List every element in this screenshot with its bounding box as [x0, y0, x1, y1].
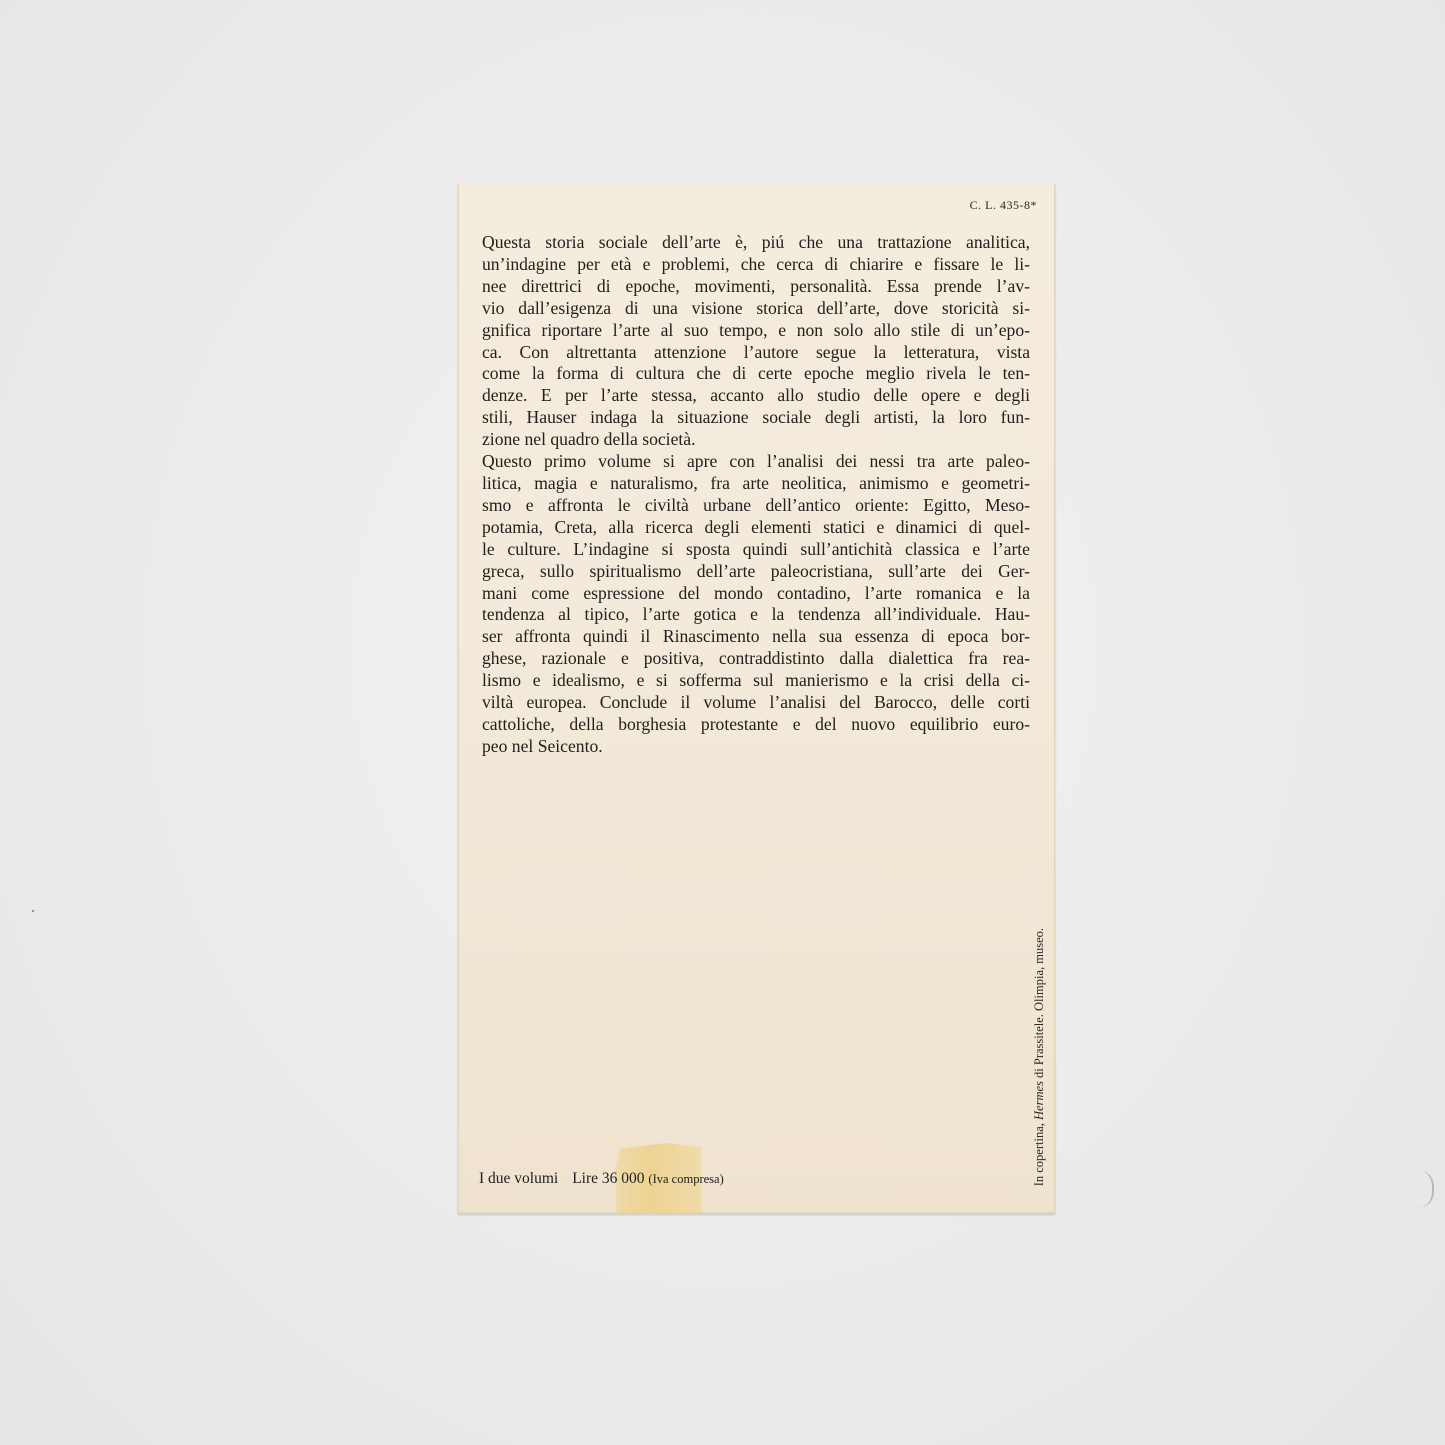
- text-line: cattoliche, della borghesia protestante …: [482, 714, 1030, 736]
- text-line: Questo primo volume si apre con l’analis…: [482, 451, 1030, 473]
- text-line: tendenza al tipico, l’arte gotica e la t…: [482, 604, 1030, 626]
- text-line: lismo e idealismo, e si sofferma sul man…: [482, 670, 1030, 692]
- text-line: gnifica riportare l’arte al suo tempo, e…: [482, 320, 1030, 342]
- cover-credit-suffix: di Prassitele. Olimpia, museo.: [1032, 928, 1046, 1081]
- blurb-text: Questa storia sociale dell’arte è, piú c…: [482, 232, 1030, 758]
- cover-credit-title: Hermes: [1032, 1081, 1046, 1120]
- text-line: viltà europea. Conclude il volume l’anal…: [482, 692, 1030, 714]
- catalog-code: C. L. 435-8*: [970, 198, 1037, 213]
- text-line: un’indagine per età e problemi, che cerc…: [482, 254, 1030, 276]
- text-line: denze. E per l’arte stessa, accanto allo…: [482, 385, 1030, 407]
- price-line: I due volumiLire 36 000 (Iva compresa): [479, 1170, 724, 1188]
- text-line: mani come espressione del mondo contadin…: [482, 583, 1030, 605]
- price-note: (Iva compresa): [648, 1172, 723, 1186]
- text-line: peo nel Seicento.: [482, 736, 1030, 758]
- text-line: vio dall’esigenza di una visione storica…: [482, 298, 1030, 320]
- text-line: litica, magia e naturalismo, fra arte ne…: [482, 473, 1030, 495]
- book-back-cover: C. L. 435-8* Questa storia sociale dell’…: [458, 184, 1055, 1214]
- cover-credit-prefix: In copertina,: [1032, 1120, 1046, 1186]
- text-line: come la forma di cultura che di certe ep…: [482, 363, 1030, 385]
- text-line: ser affronta quindi il Rinascimento nell…: [482, 626, 1030, 648]
- text-line: zione nel quadro della società.: [482, 429, 1030, 451]
- text-line: ghese, razionale e positiva, contraddist…: [482, 648, 1030, 670]
- text-line: ca. Con altrettanta attenzione l’autore …: [482, 342, 1030, 364]
- speck: [32, 910, 34, 912]
- text-line: le culture. L’indagine si sposta quindi …: [482, 539, 1030, 561]
- text-line: nee direttrici di epoche, movimenti, per…: [482, 276, 1030, 298]
- blurb-paragraph-2: Questo primo volume si apre con l’analis…: [482, 451, 1030, 758]
- price-amount: Lire 36 000: [572, 1170, 644, 1187]
- text-line: potamia, Creta, alla ricerca degli eleme…: [482, 517, 1030, 539]
- text-line: stili, Hauser indaga la situazione socia…: [482, 407, 1030, 429]
- cover-credit: In copertina, Hermes di Prassitele. Olim…: [1032, 928, 1047, 1186]
- blurb-paragraph-1: Questa storia sociale dell’arte è, piú c…: [482, 232, 1030, 451]
- text-line: greca, sullo spiritualismo dell’arte pal…: [482, 561, 1030, 583]
- text-line: smo e affronta le civiltà urbane dell’an…: [482, 495, 1030, 517]
- price-label: I due volumi: [479, 1170, 558, 1187]
- text-line: Questa storia sociale dell’arte è, piú c…: [482, 232, 1030, 254]
